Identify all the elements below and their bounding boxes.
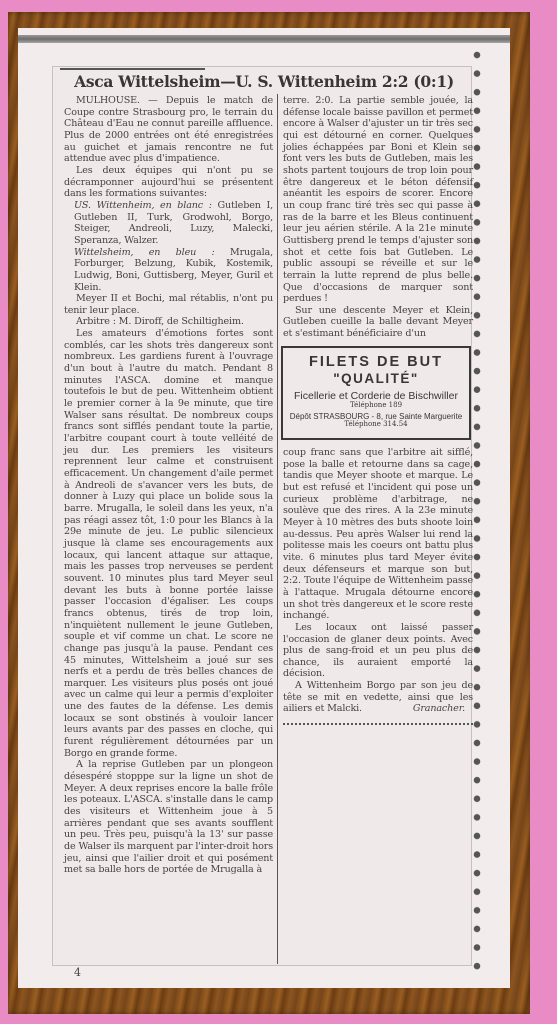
ad-phone-2: Téléphone 314.54 bbox=[283, 420, 469, 428]
article-headline: Asca Wittelsheim—U. S. Wittenheim 2:2 (0… bbox=[58, 72, 470, 91]
article-left-column: MULHOUSE. — Depuis le match de Coupe con… bbox=[64, 95, 273, 965]
article-paragraph: Les deux équipes qui n'ont pu se décramp… bbox=[64, 165, 273, 200]
lineup-team1: US. Wittenheim, en blanc : Gutleben I, G… bbox=[64, 200, 273, 247]
column-divider bbox=[277, 94, 278, 964]
team1-label: US. Wittenheim, en blanc : bbox=[74, 200, 212, 211]
article-end-rule bbox=[283, 723, 473, 725]
ad-subtitle: "QUALITÉ" bbox=[283, 371, 469, 386]
article-paragraph: Les locaux ont laissé passer l'occasion … bbox=[283, 622, 473, 680]
article-paragraph: Sur une descente Meyer et Klein, Gutlebe… bbox=[283, 305, 473, 340]
ad-phone-1: Téléphone 189 bbox=[283, 401, 469, 409]
article-paragraph: A la reprise Gutleben par un plongeon dé… bbox=[64, 759, 273, 876]
author-signature: Granacher. bbox=[401, 703, 473, 715]
article-paragraph: MULHOUSE. — Depuis le match de Coupe con… bbox=[64, 95, 273, 165]
ad-title: FILETS DE BUT bbox=[283, 354, 469, 370]
article-right-column-bottom: coup franc sans que l'arbitre ait sifflé… bbox=[283, 447, 473, 715]
top-rule bbox=[18, 35, 510, 43]
team2-label: Wittelsheim, en bleu : bbox=[74, 247, 215, 258]
referee-line: Arbitre : M. Diroff, de Schiltigheim. bbox=[64, 316, 273, 328]
article-paragraph: coup franc sans que l'arbitre ait sifflé… bbox=[283, 447, 473, 622]
lineup-team2: Wittelsheim, en bleu : Mrugala, Forburge… bbox=[64, 247, 273, 294]
article-paragraph: Meyer II et Bochi, mal rétablis, n'ont p… bbox=[64, 293, 273, 316]
article-right-column-top: terre. 2:0. La partie semble jouée, la d… bbox=[283, 95, 473, 340]
page-number: 4 bbox=[74, 966, 81, 979]
clipping-rule bbox=[60, 68, 205, 70]
advertisement-box: FILETS DE BUT "QUALITÉ" Ficellerie et Co… bbox=[281, 346, 471, 440]
article-paragraph: terre. 2:0. La partie semble jouée, la d… bbox=[283, 95, 473, 305]
article-paragraph: Les amateurs d'émotions fortes sont comb… bbox=[64, 328, 273, 759]
article-paragraph: A Wittenheim Borgo par son jeu de tête s… bbox=[283, 680, 473, 715]
